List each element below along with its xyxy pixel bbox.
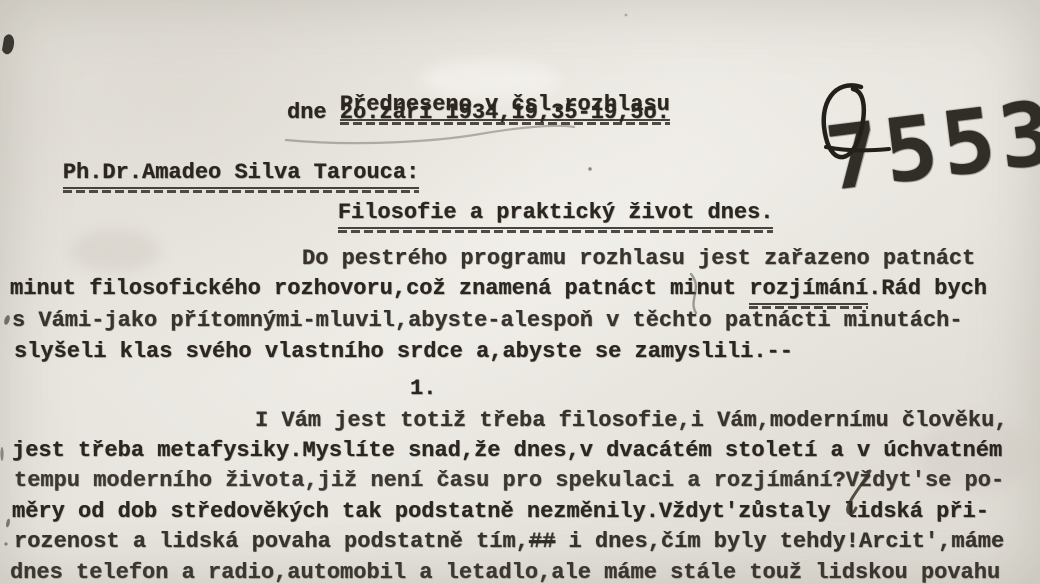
body-line: jest třeba metafysiky.Myslíte snad,že dn… xyxy=(12,438,1002,464)
paper-speck xyxy=(588,167,591,170)
emphasized-word: rozjímání xyxy=(749,276,868,305)
document-title: Filosofie a praktický život dnes. xyxy=(285,174,773,255)
body-text: .Rád bych xyxy=(868,276,987,301)
body-line: měry od dob středověkých tak podstatně n… xyxy=(12,499,989,525)
body-line: s Vámi-jako přítomnými-mluvil,abyste-ale… xyxy=(12,308,963,334)
body-text: rozenost a lidská povaha podstatně tím, xyxy=(14,529,529,554)
edge-speck xyxy=(5,518,10,528)
body-line: Do pestrého programu rozhlasu jest zařaz… xyxy=(302,246,975,272)
paper-stain xyxy=(70,230,160,272)
body-line: rozenost a lidská povaha podstatně tím,#… xyxy=(14,529,1004,555)
body-text: i dnes,čím byly tehdy!Arcit',máme xyxy=(555,529,1004,554)
body-line: I Vám jest totiž třeba filosofie,i Vám,m… xyxy=(255,408,1008,434)
edge-speck xyxy=(4,542,7,545)
document-title-text: Filosofie a praktický život dnes. xyxy=(338,200,774,229)
body-line: tempu moderního života,již není času pro… xyxy=(14,468,1004,494)
paper-speck xyxy=(625,14,628,17)
body-line: slyšeli klas svého vlastního srdce a,aby… xyxy=(14,339,793,365)
header-date-line: dne 2o.září 1934,19,35-19,5o. xyxy=(287,100,670,126)
ink-blob-corner xyxy=(2,34,14,54)
struck-correction: ## xyxy=(529,529,555,555)
body-text: minut filosofického rozhovoru,což znamen… xyxy=(10,276,749,301)
body-line: minut filosofického rozhovoru,což znamen… xyxy=(10,276,987,305)
scanned-document-page: Předneseno v čsl.rozhlasu dne 2o.září 19… xyxy=(0,0,1040,584)
edge-speck xyxy=(3,314,11,325)
section-number: 1. xyxy=(410,376,436,402)
archive-number-stamp: 7553 xyxy=(822,88,1040,204)
edge-speck xyxy=(0,447,3,461)
body-line-clipped: dnes telefon a radio,automobil a letadlo… xyxy=(10,560,1000,584)
